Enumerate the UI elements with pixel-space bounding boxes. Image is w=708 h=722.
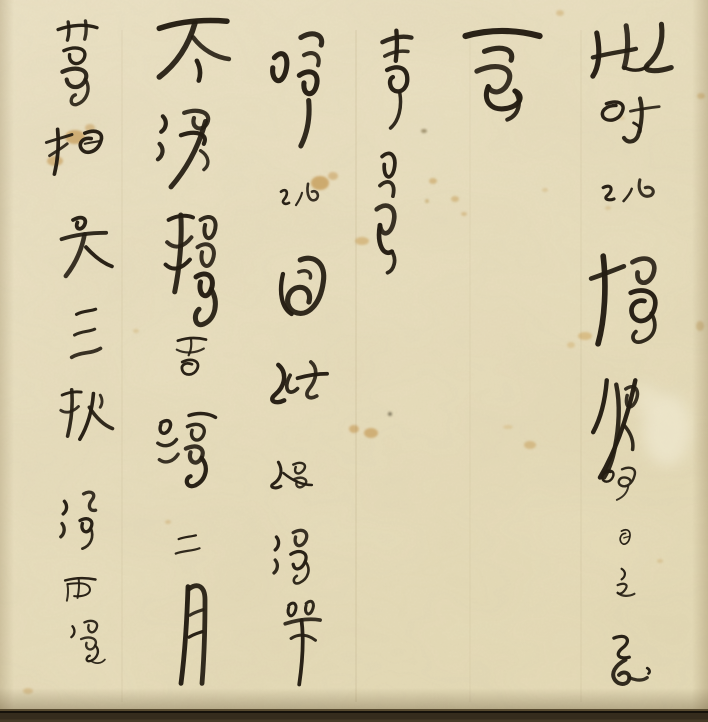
calligraphy-canvas <box>0 0 708 722</box>
foxing-stain <box>503 425 513 429</box>
foxing-stain <box>429 178 437 184</box>
foxing-stain <box>355 237 369 245</box>
left-edge-shade <box>0 0 14 722</box>
foxing-stain <box>451 196 459 202</box>
foxing-stain <box>605 206 611 210</box>
foxing-stain <box>556 10 564 16</box>
brush-stroke <box>85 21 87 39</box>
right-edge-shade <box>692 0 708 722</box>
foxing-stain <box>133 329 139 333</box>
calligraphy-artwork-scan <box>0 0 708 722</box>
brush-stroke <box>67 22 69 40</box>
foxing-stain <box>461 212 467 216</box>
foxing-stain <box>165 520 171 524</box>
foxing-stain <box>421 129 427 133</box>
foxing-stain <box>311 176 329 190</box>
foxing-stain <box>425 199 429 203</box>
bottom-shadow-fade <box>0 688 708 709</box>
foxing-stain <box>542 188 548 192</box>
paper-grain <box>0 0 708 722</box>
foxing-stain <box>524 441 536 449</box>
paper-layer <box>0 0 708 722</box>
foxing-stain <box>567 342 575 348</box>
foxing-stain <box>578 332 592 340</box>
foxing-stain <box>657 559 663 563</box>
brush-stroke <box>67 584 68 601</box>
foxing-stain <box>364 428 378 438</box>
foxing-stain <box>388 412 392 416</box>
foxing-stain <box>349 425 359 433</box>
bottom-mount-strip <box>0 688 708 722</box>
foxing-stain <box>328 172 338 180</box>
